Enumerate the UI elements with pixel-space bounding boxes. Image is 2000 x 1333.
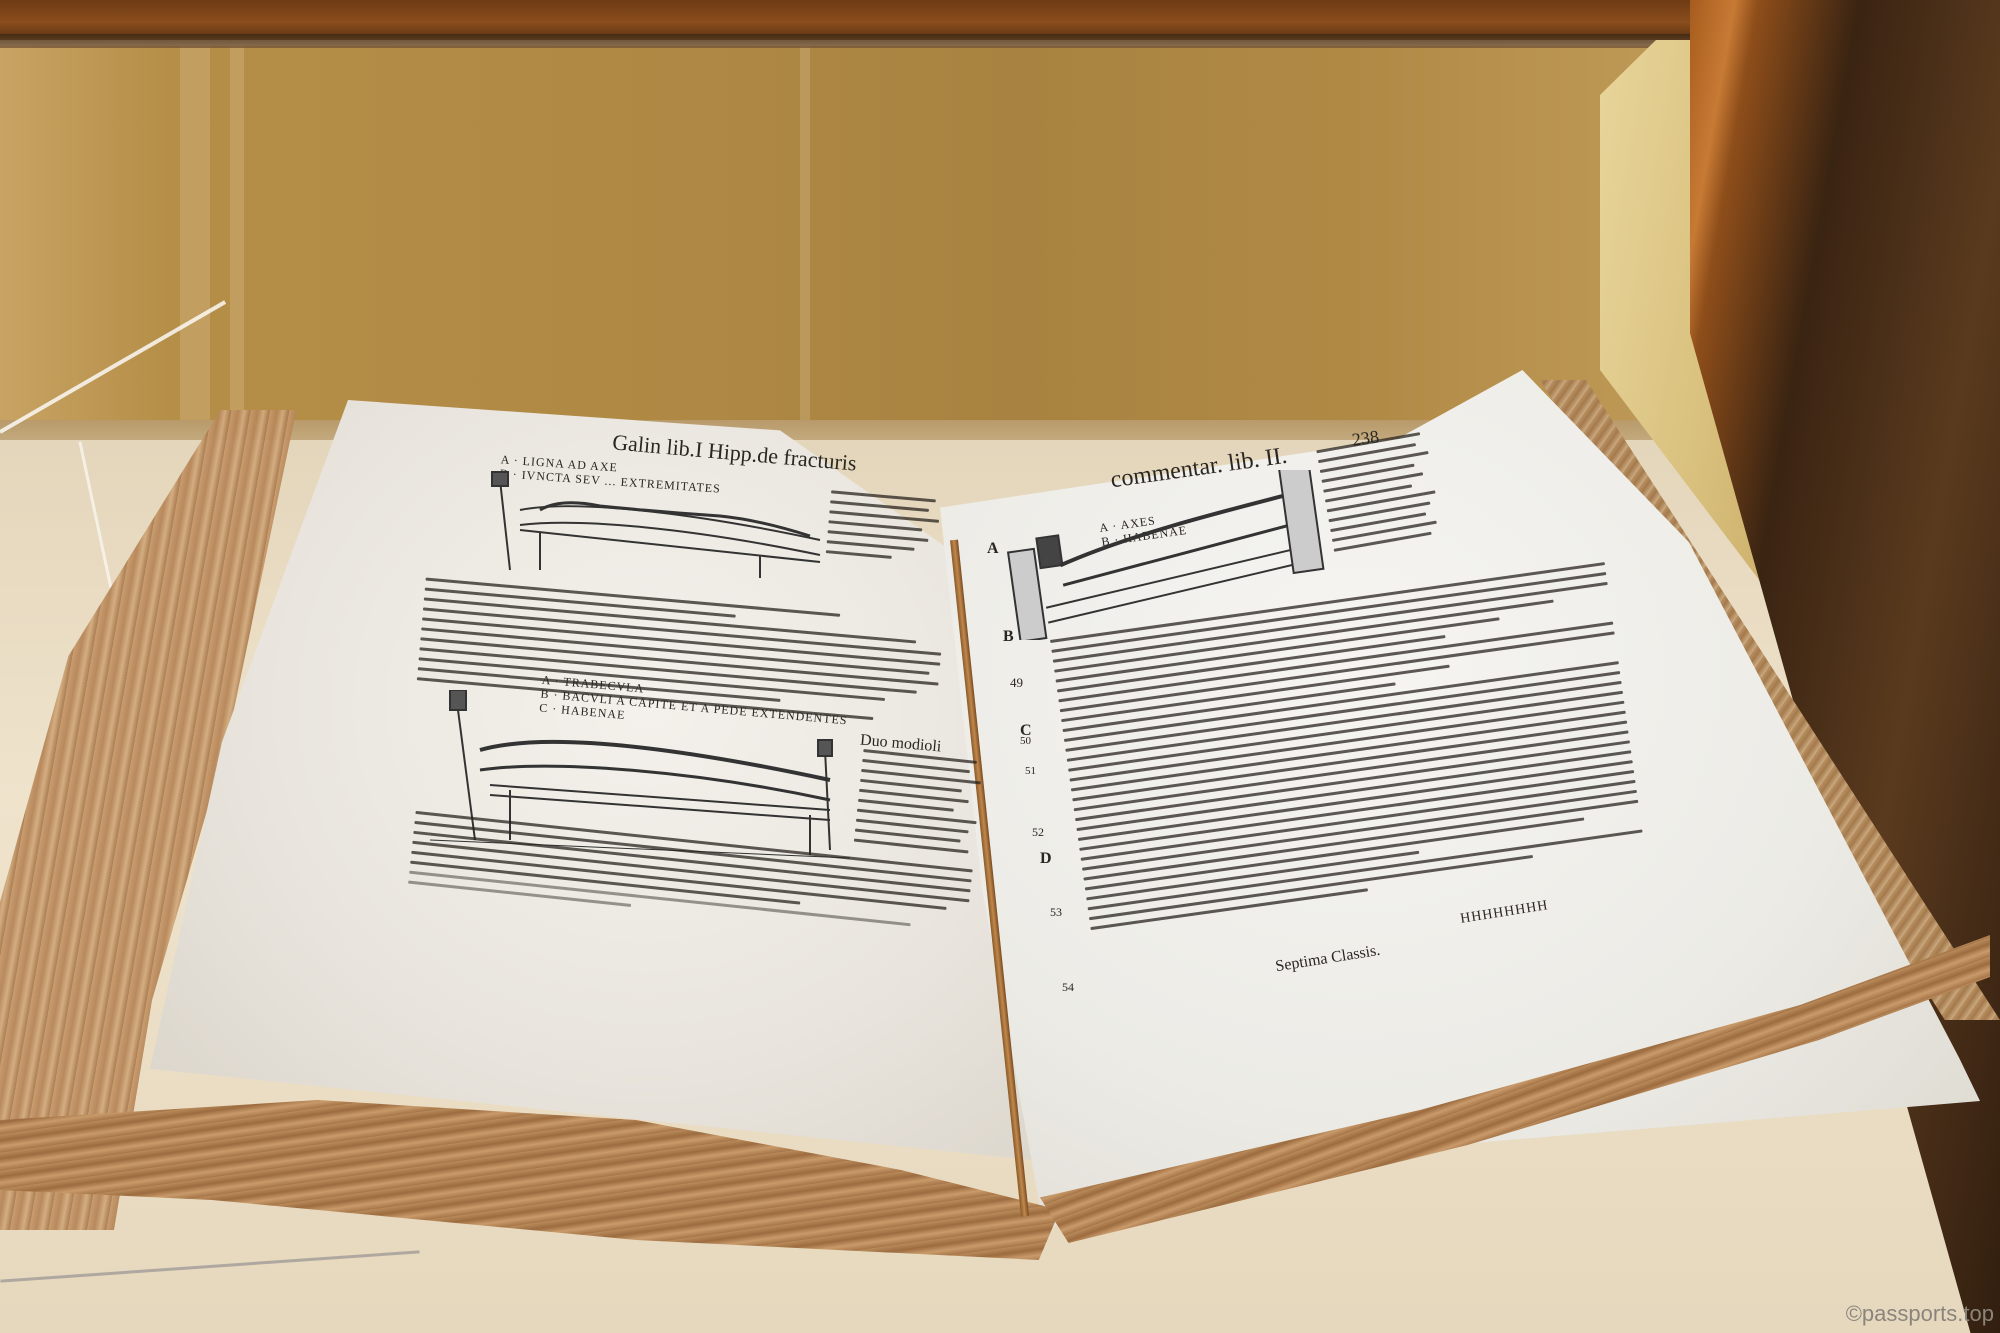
right-side-column	[1316, 431, 1443, 558]
photo-scene: Galin lib.I Hipp.de fracturis A · LIGNA …	[0, 0, 2000, 1333]
margin-letter-d: D	[1040, 850, 1052, 868]
margin-number-51: 51	[1025, 765, 1036, 777]
watermark: ©passports.top	[1846, 1301, 1994, 1327]
display-case-back-panel	[0, 46, 1700, 466]
display-case-top-edge	[0, 34, 1700, 48]
woodcut-patient-on-bench-top	[480, 470, 840, 580]
margin-letter-a: A	[987, 540, 999, 558]
left-side-column	[853, 749, 983, 861]
margin-letter-b: B	[1003, 628, 1014, 646]
glass-reflection	[800, 46, 810, 466]
glass-reflection	[230, 46, 244, 466]
margin-number-49: 49	[1010, 675, 1023, 691]
glass-reflection	[180, 46, 210, 466]
margin-number-54: 54	[1062, 980, 1074, 995]
left-side-column-top	[825, 490, 941, 569]
margin-number-52: 52	[1032, 825, 1044, 840]
margin-number-50: 50	[1020, 735, 1031, 747]
margin-number-53: 53	[1050, 905, 1062, 920]
